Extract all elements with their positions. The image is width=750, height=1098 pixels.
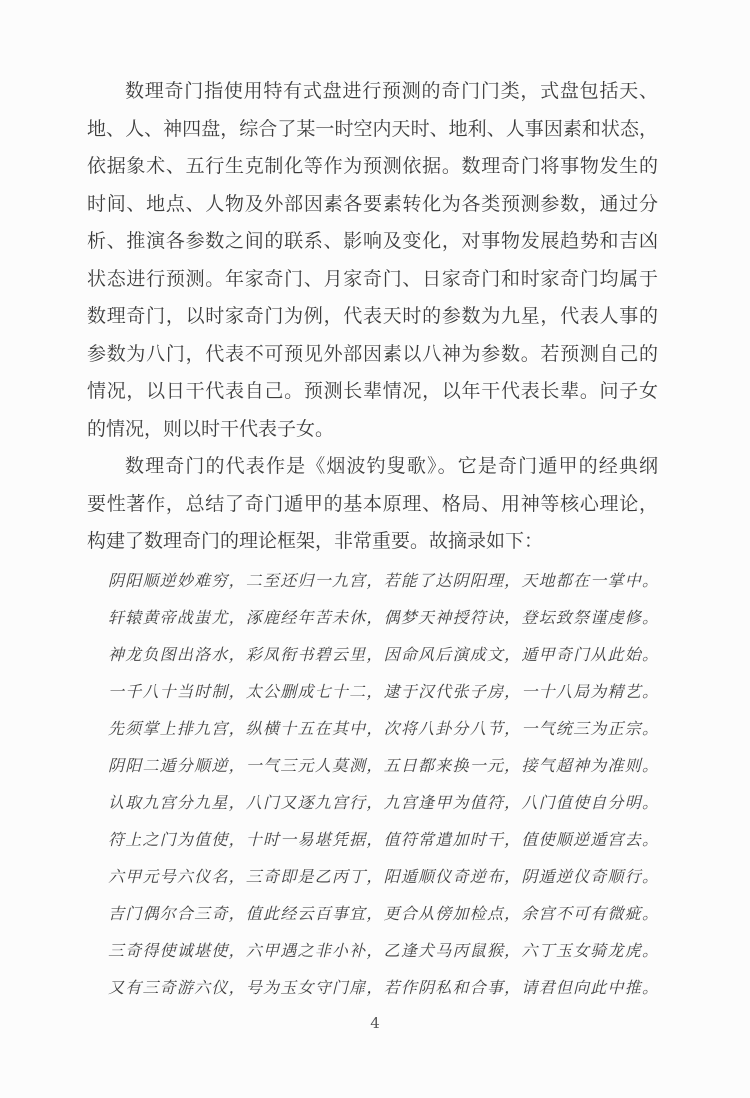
poem-line: 神龙负图出洛水，彩凤衔书碧云里，因命风后演成文，遁甲奇门从此始。 [108,636,658,673]
body-text-line: 依据象术、五行生克制化等作为预测依据。数理奇门将事物发生的 [87,148,658,186]
body-text-line: 析、推演各参数之间的联系、影响及变化，对事物发展趋势和吉凶 [87,223,658,261]
poem-line: 先须掌上排九宫，纵横十五在其中，次将八卦分八节，一气统三为正宗。 [108,710,658,747]
body-text-line: 数理奇门，以时家奇门为例，代表天时的参数为九星，代表人事的 [87,298,658,336]
poem-line: 吉门偶尔合三奇，值此经云百事宜，更合从傍加检点，余宫不可有微疵。 [108,895,658,932]
document-page: 数理奇门指使用特有式盘进行预测的奇门门类，式盘包括天、 地、人、神四盘，综合了某… [0,0,750,1098]
poem-line: 三奇得使诚堪使，六甲遇之非小补，乙逢犬马丙鼠猴，六丁玉女骑龙虎。 [108,932,658,969]
body-text-line: 构建了数理奇门的理论框架，非常重要。故摘录如下： [87,523,658,561]
poem-line: 轩辕黄帝战蚩尤，涿鹿经年苦未休，偶梦天神授符诀，登坛致祭谨虔修。 [108,599,658,636]
body-text-line: 参数为八门，代表不可预见外部因素以八神为参数。若预测自己的 [87,336,658,374]
body-text-line: 时间、地点、人物及外部因素各要素转化为各类预测参数，通过分 [87,186,658,224]
body-text-line: 的情况，则以时干代表子女。 [87,411,658,449]
body-text-line: 状态进行预测。年家奇门、月家奇门、日家奇门和时家奇门均属于 [87,261,658,299]
body-text-line: 数理奇门指使用特有式盘进行预测的奇门门类，式盘包括天、 [87,73,658,111]
poem-line: 符上之门为值使，十时一易堪凭据，值符常遣加时干，值使顺逆遁宫去。 [108,821,658,858]
poem-line: 一千八十当时制，太公删成七十二，逮于汉代张子房，一十八局为精艺。 [108,673,658,710]
poem-line: 阴阳二遁分顺逆，一气三元人莫测，五日都来换一元，接气超神为准则。 [108,747,658,784]
poem-line: 阴阳顺逆妙难穷，二至还归一九宫，若能了达阴阳理，天地都在一掌中。 [108,562,658,599]
body-text-line: 情况，以日干代表自己。预测长辈情况，以年干代表长辈。问子女 [87,373,658,411]
body-text-line: 要性著作，总结了奇门遁甲的基本原理、格局、用神等核心理论， [87,486,658,524]
body-text-block: 数理奇门指使用特有式盘进行预测的奇门门类，式盘包括天、 地、人、神四盘，综合了某… [87,73,658,561]
page-number: 4 [0,1014,750,1032]
poem-line: 认取九宫分九星，八门又逐九宫行，九宫逢甲为值符，八门值使自分明。 [108,784,658,821]
body-text-line: 数理奇门的代表作是《烟波钓叟歌》。它是奇门遁甲的经典纲 [87,448,658,486]
poem-line: 又有三奇游六仪，号为玉女守门扉，若作阴私和合事，请君但向此中推。 [108,969,658,1006]
poem-block: 阴阳顺逆妙难穷，二至还归一九宫，若能了达阴阳理，天地都在一掌中。 轩辕黄帝战蚩尤… [108,562,658,1006]
body-text-line: 地、人、神四盘，综合了某一时空内天时、地利、人事因素和状态， [87,111,658,149]
poem-line: 六甲元号六仪名，三奇即是乙丙丁，阳遁顺仪奇逆布，阴遁逆仪奇顺行。 [108,858,658,895]
